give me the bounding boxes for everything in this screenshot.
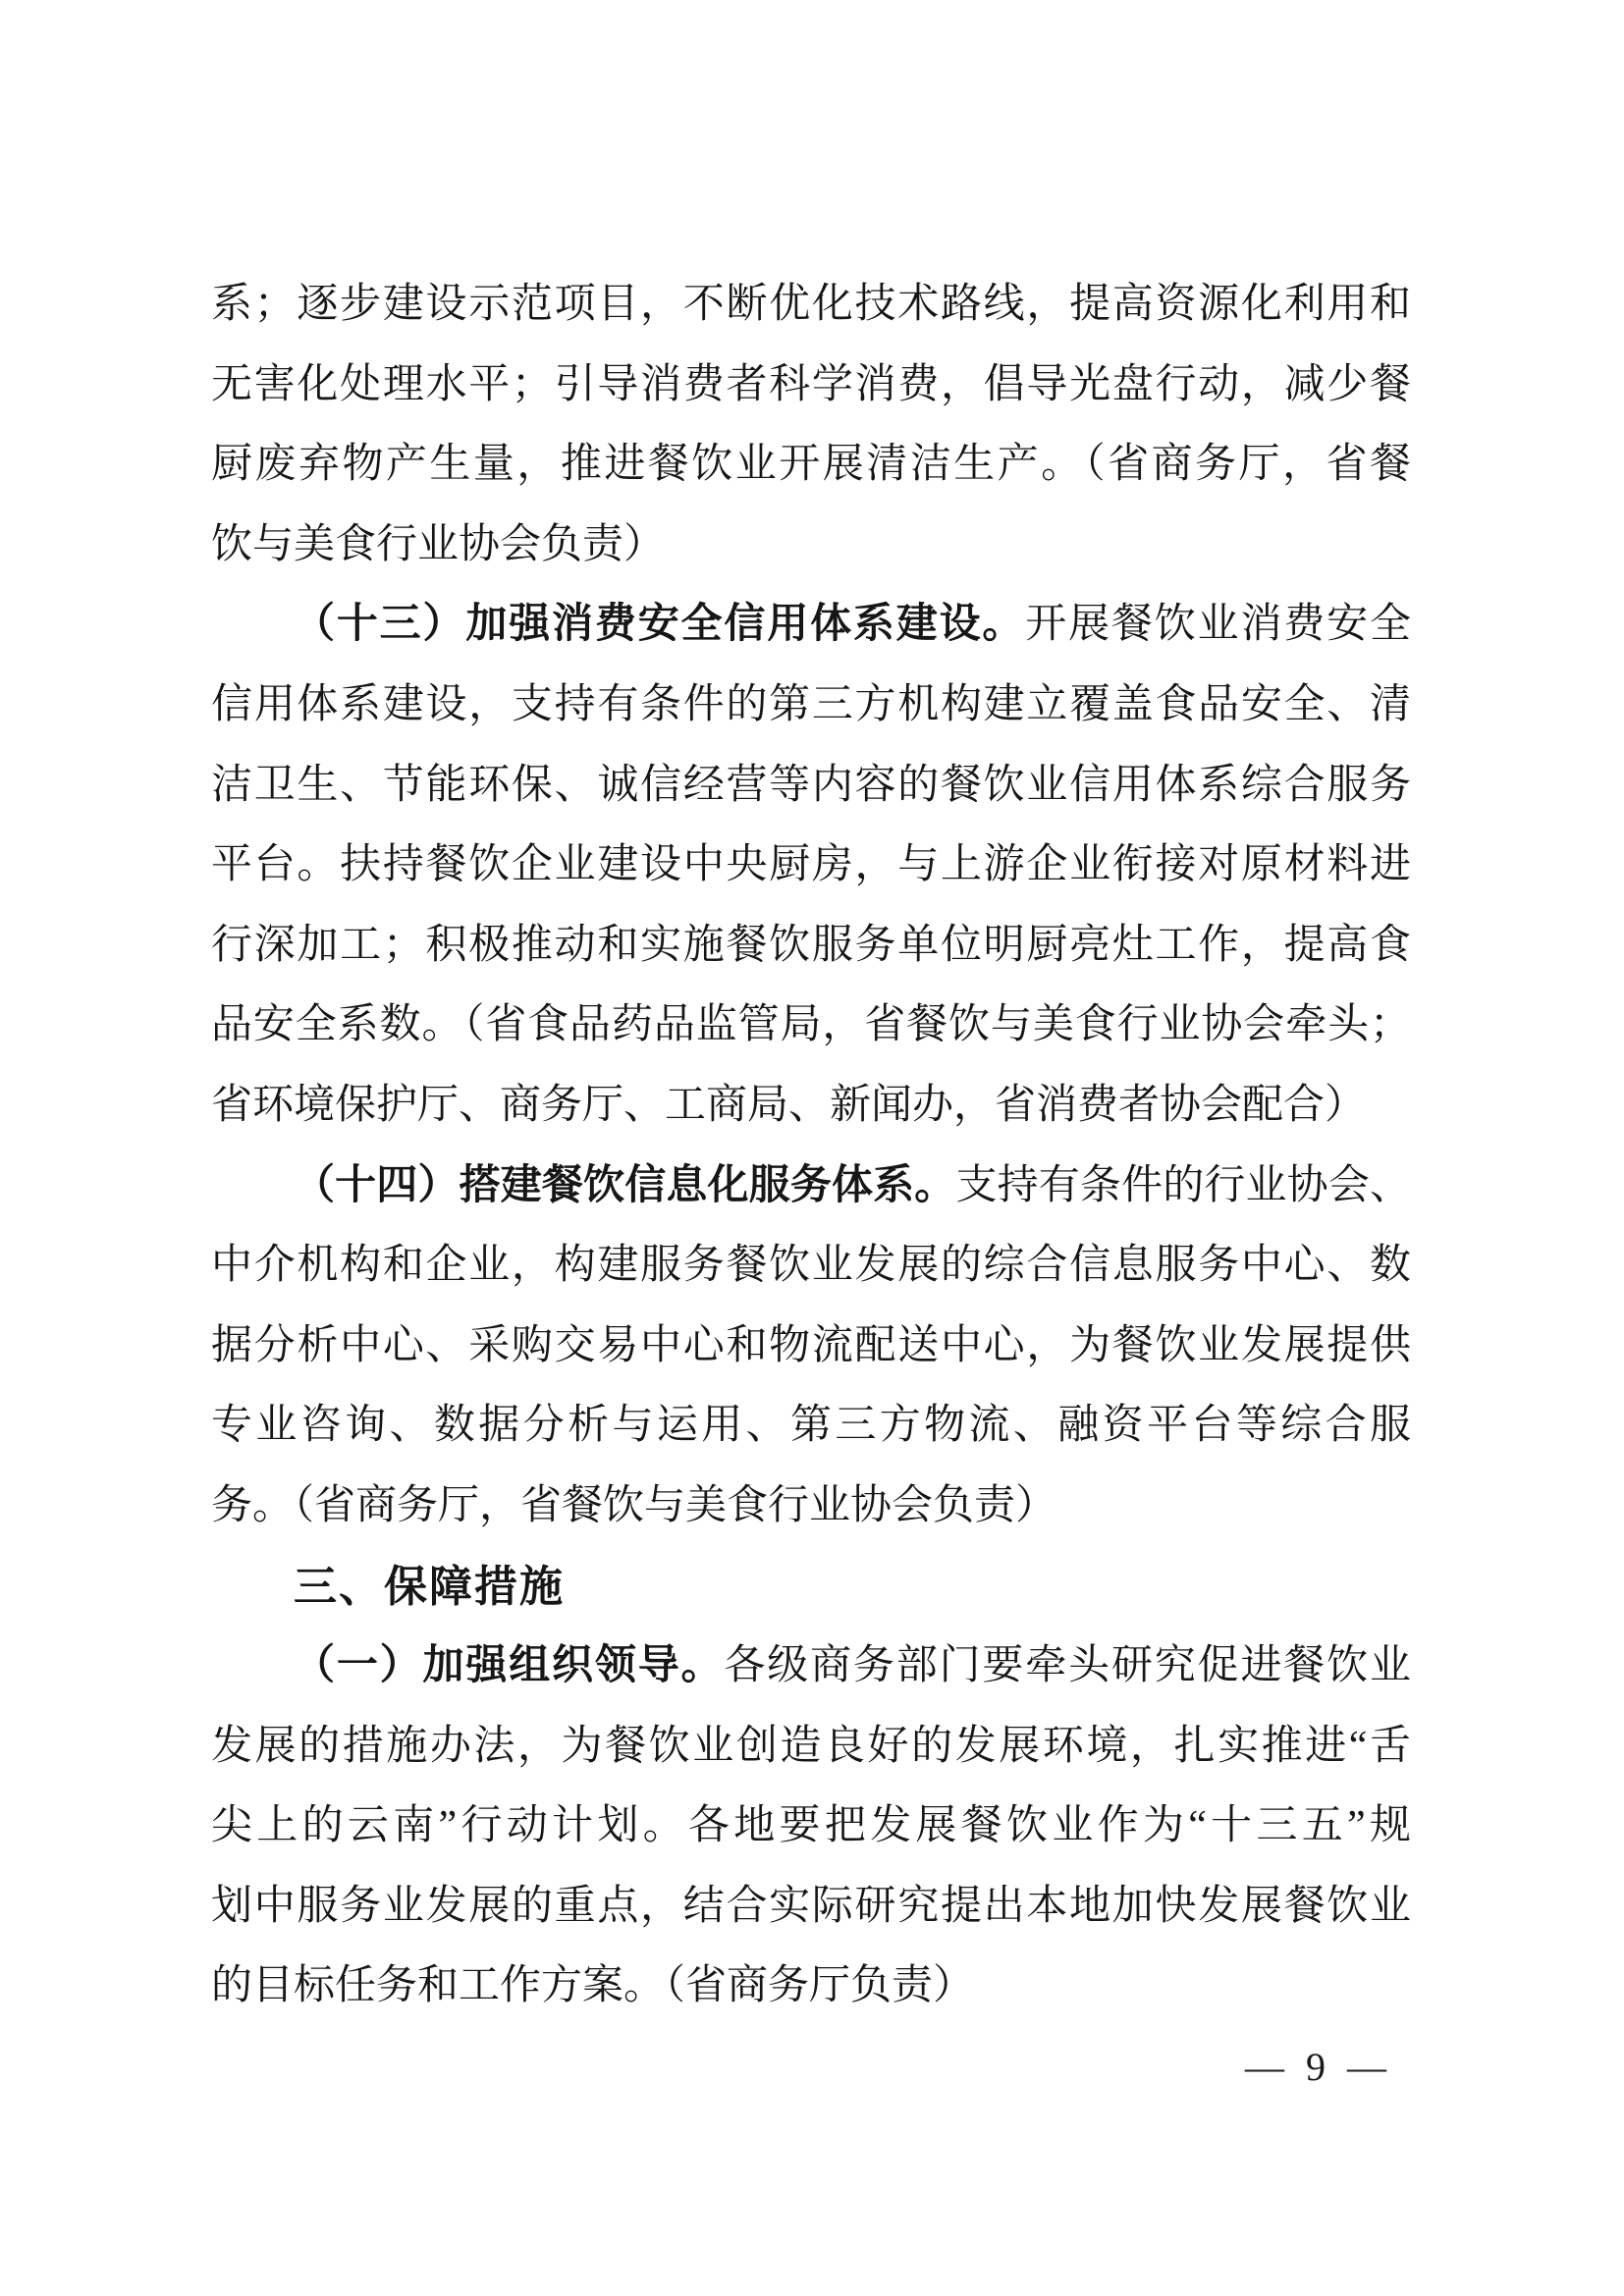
section-heading: 三、保障措施 — [211, 1547, 1411, 1628]
line-text: 划中服务业发展的重点，结合实际研究提出本地加快发展餐饮业 — [211, 1884, 1411, 1929]
body-line-4-paragraph-end: 饮与美食行业协会负责） — [211, 506, 1411, 586]
item-14-lead: （十四）搭建餐饮信息化服务体系。 — [294, 1163, 955, 1208]
body-line-14: 据分析中心、采购交易中心和物流配送中心，为餐饮业发展提供 — [211, 1307, 1411, 1387]
body-line-3: 厨废弃物产生量，推进餐饮业开展清洁生产。（省商务厅，省餐 — [211, 425, 1411, 506]
line-text: 开展餐饮业消费安全 — [1025, 602, 1411, 647]
item-1-first-line: （一）加强组织领导。各级商务部门要牵头研究促进餐饮业 — [211, 1627, 1411, 1707]
line-text: 饮与美食行业协会负责） — [211, 522, 665, 567]
line-text: 的目标任务和工作方案。（省商务厅负责） — [211, 1963, 974, 2008]
body-line-22-paragraph-end: 的目标任务和工作方案。（省商务厅负责） — [211, 1947, 1411, 2027]
line-text: 厨废弃物产生量，推进餐饮业开展清洁生产。（省商务厅，省餐 — [211, 442, 1411, 487]
item-1-lead: （一）加强组织领导。 — [294, 1643, 724, 1688]
page-number: — 9 — — [1245, 2045, 1386, 2089]
line-text: 系；逐步建设示范项目，不断优化技术路线，提高资源化利用和 — [211, 282, 1411, 327]
line-text: 中介机构和企业，构建服务餐饮业发展的综合信息服务中心、数 — [211, 1243, 1411, 1288]
line-text: 各级商务部门要牵头研究促进餐饮业 — [724, 1643, 1411, 1688]
body-line-9: 行深加工；积极推动和实施餐饮服务单位明厨亮灶工作，提高食 — [211, 906, 1411, 987]
line-text: 品安全系数。（省食品药品监管局，省餐饮与美食行业协会牵头； — [211, 1002, 1411, 1047]
line-text: 尖上的云南”行动计划。各地要把发展餐饮业作为“十三五”规 — [211, 1803, 1411, 1848]
line-text: 专业咨询、数据分析与运用、第三方物流、融资平台等综合服 — [211, 1403, 1411, 1448]
line-text: 务。（省商务厅，省餐饮与美食行业协会负责） — [211, 1483, 1056, 1528]
line-text: 发展的措施办法，为餐饮业创造良好的发展环境，扎实推进“舌 — [211, 1724, 1411, 1769]
body-line-20: 尖上的云南”行动计划。各地要把发展餐饮业作为“十三五”规 — [211, 1787, 1411, 1867]
item-13-first-line: （十三）加强消费安全信用体系建设。开展餐饮业消费安全 — [211, 585, 1411, 666]
body-line-11-paragraph-end: 省环境保护厅、商务厅、工商局、新闻办，省消费者协会配合） — [211, 1066, 1411, 1147]
item-13-lead: （十三）加强消费安全信用体系建设。 — [294, 602, 1025, 647]
body-line-8: 平台。扶持餐饮企业建设中央厨房，与上游企业衔接对原材料进 — [211, 826, 1411, 906]
body-line-7: 洁卫生、节能环保、诚信经营等内容的餐饮业信用体系综合服务 — [211, 746, 1411, 827]
body-line-1: 系；逐步建设示范项目，不断优化技术路线，提高资源化利用和 — [211, 265, 1411, 346]
line-text: 信用体系建设，支持有条件的第三方机构建立覆盖食品安全、清 — [211, 682, 1411, 727]
body-line-15: 专业咨询、数据分析与运用、第三方物流、融资平台等综合服 — [211, 1386, 1411, 1467]
item-14-first-line: （十四）搭建餐饮信息化服务体系。支持有条件的行业协会、 — [211, 1147, 1411, 1227]
document-page: 系；逐步建设示范项目，不断优化技术路线，提高资源化利用和 无害化处理水平；引导消… — [0, 0, 1624, 2296]
line-text: 据分析中心、采购交易中心和物流配送中心，为餐饮业发展提供 — [211, 1323, 1411, 1368]
line-text: 行深加工；积极推动和实施餐饮服务单位明厨亮灶工作，提高食 — [211, 923, 1411, 968]
body-line-21: 划中服务业发展的重点，结合实际研究提出本地加快发展餐饮业 — [211, 1867, 1411, 1948]
line-text: 支持有条件的行业协会、 — [955, 1163, 1411, 1208]
section-heading-text: 三、保障措施 — [294, 1563, 565, 1611]
body-line-2: 无害化处理水平；引导消费者科学消费，倡导光盘行动，减少餐 — [211, 346, 1411, 426]
line-text: 无害化处理水平；引导消费者科学消费，倡导光盘行动，减少餐 — [211, 362, 1411, 407]
line-text: 省环境保护厅、商务厅、工商局、新闻办，省消费者协会配合） — [211, 1083, 1366, 1128]
page-footer: — 9 — — [1208, 2044, 1424, 2090]
document-body: 系；逐步建设示范项目，不断优化技术路线，提高资源化利用和 无害化处理水平；引导消… — [211, 265, 1411, 2027]
body-line-6: 信用体系建设，支持有条件的第三方机构建立覆盖食品安全、清 — [211, 666, 1411, 746]
body-line-19: 发展的措施办法，为餐饮业创造良好的发展环境，扎实推进“舌 — [211, 1707, 1411, 1788]
line-text: 洁卫生、节能环保、诚信经营等内容的餐饮业信用体系综合服务 — [211, 763, 1411, 808]
body-line-13: 中介机构和企业，构建服务餐饮业发展的综合信息服务中心、数 — [211, 1226, 1411, 1307]
body-line-16-paragraph-end: 务。（省商务厅，省餐饮与美食行业协会负责） — [211, 1467, 1411, 1547]
line-text: 平台。扶持餐饮企业建设中央厨房，与上游企业衔接对原材料进 — [211, 842, 1411, 887]
body-line-10: 品安全系数。（省食品药品监管局，省餐饮与美食行业协会牵头； — [211, 986, 1411, 1066]
